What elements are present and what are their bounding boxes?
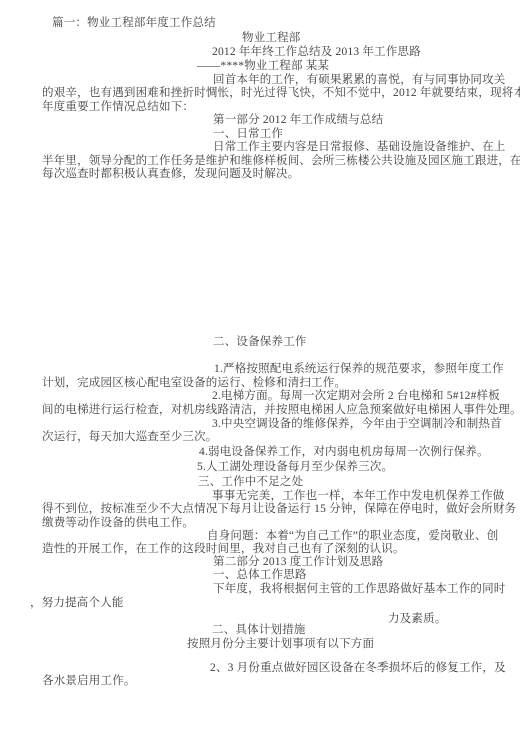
doc-line: 篇一：物业工程部年度工作总结 [52, 17, 216, 30]
doc-line: 二、具体计划措施 [212, 624, 306, 637]
doc-line: 1.严格按照配电系统运行保养的规范要求，参照年度工作 [214, 363, 504, 376]
doc-line: 物业工程部 [242, 32, 301, 45]
doc-line: 各水景启用工作。 [42, 675, 136, 688]
doc-line: 4.弱电设备保养工作，对内弱电机房每周一次例行保养。 [199, 446, 489, 459]
doc-line: 下年度，我将根据何主管的工作思路做好基本工作的同时 [213, 583, 506, 596]
doc-line: 缴费等动作设备的供电工作。 [42, 517, 194, 530]
doc-line: 造性的开展工作，在工作的这段时间里，我对自己也有了深刻的认识。 [42, 543, 405, 556]
doc-line: 3.中央空调设备的维修保养，今年由于空调制冷和制热首 [212, 418, 502, 431]
doc-line: 间的电梯进行运行检查，对机房线路清洁，并按照电梯困人应急预案做好电梯困人事件处理… [42, 404, 520, 417]
doc-line: 力及素质。 [388, 613, 447, 626]
document-page: 篇一：物业工程部年度工作总结 物业工程部 2012 年年终工作总结及 2013 … [0, 0, 520, 735]
doc-line: 一、日常工作 [213, 128, 283, 141]
doc-line: 按照月份分主要计划事项有以下方面 [187, 638, 374, 651]
doc-line: 每次巡查时都积极认真查修，发现问题及时解决。 [42, 168, 299, 181]
doc-line: 回首本年的工作，有硕果累累的喜悦，有与同事协同攻关 [213, 74, 506, 87]
doc-line: 5.人工湖处理设备每月至少保养三次。 [197, 461, 393, 474]
doc-line: 三、工作中不足之处 [198, 476, 303, 489]
doc-line: 2、3 月份重点做好园区设备在冬季损坏后的修复工作，及 [210, 662, 506, 675]
doc-line: 计划，完成园区核心配电室设备的运行、检修和清扫工作。 [42, 377, 346, 390]
doc-line: 二、设备保养工作 [213, 336, 307, 349]
doc-line: 自身问题：本着“为自己工作”的职业态度，爱岗敬业、创 [207, 530, 498, 543]
doc-line: 第二部分 2013 度工作计划及思路 [213, 556, 383, 569]
doc-line: 一、总体工作思路 [213, 569, 307, 582]
doc-line: 半年里，领导分配的工作任务是维护和维修样板间、会所三栋楼公共设施及园区施工跟进，… [42, 155, 520, 168]
doc-line: 2.电梯方面。每周一次定期对会所 2 台电梯和 5#12#样板 [212, 390, 500, 403]
doc-line: 年度重要工作情况总结如下： [42, 101, 194, 114]
doc-line: 2012 年年终工作总结及 2013 年工作思路 [212, 46, 421, 59]
doc-line: 第一部分 2012 年工作成绩与总结 [213, 114, 383, 127]
doc-line: 次运行，每天加大巡查至少三次。 [42, 431, 218, 444]
doc-line: 事事无完美，工作也一样，本年工作中发电机保养工作做 [212, 490, 505, 503]
doc-line: 日常工作主要内容是日常报修、基础设施设备维护、在上 [213, 141, 506, 154]
doc-line: 的艰辛，也有遇到困难和挫折时惆怅，时光过得飞快，不知不觉中，2012 年就要结束… [42, 87, 520, 100]
doc-line: ，努力提高个人能 [30, 597, 124, 610]
doc-line: ——****物业工程部 某某 [197, 60, 329, 73]
doc-line: 得不到位，按标准至少不大点情况下每月让设备运行 15 分钟，保障在停电时，做好会… [42, 503, 516, 516]
